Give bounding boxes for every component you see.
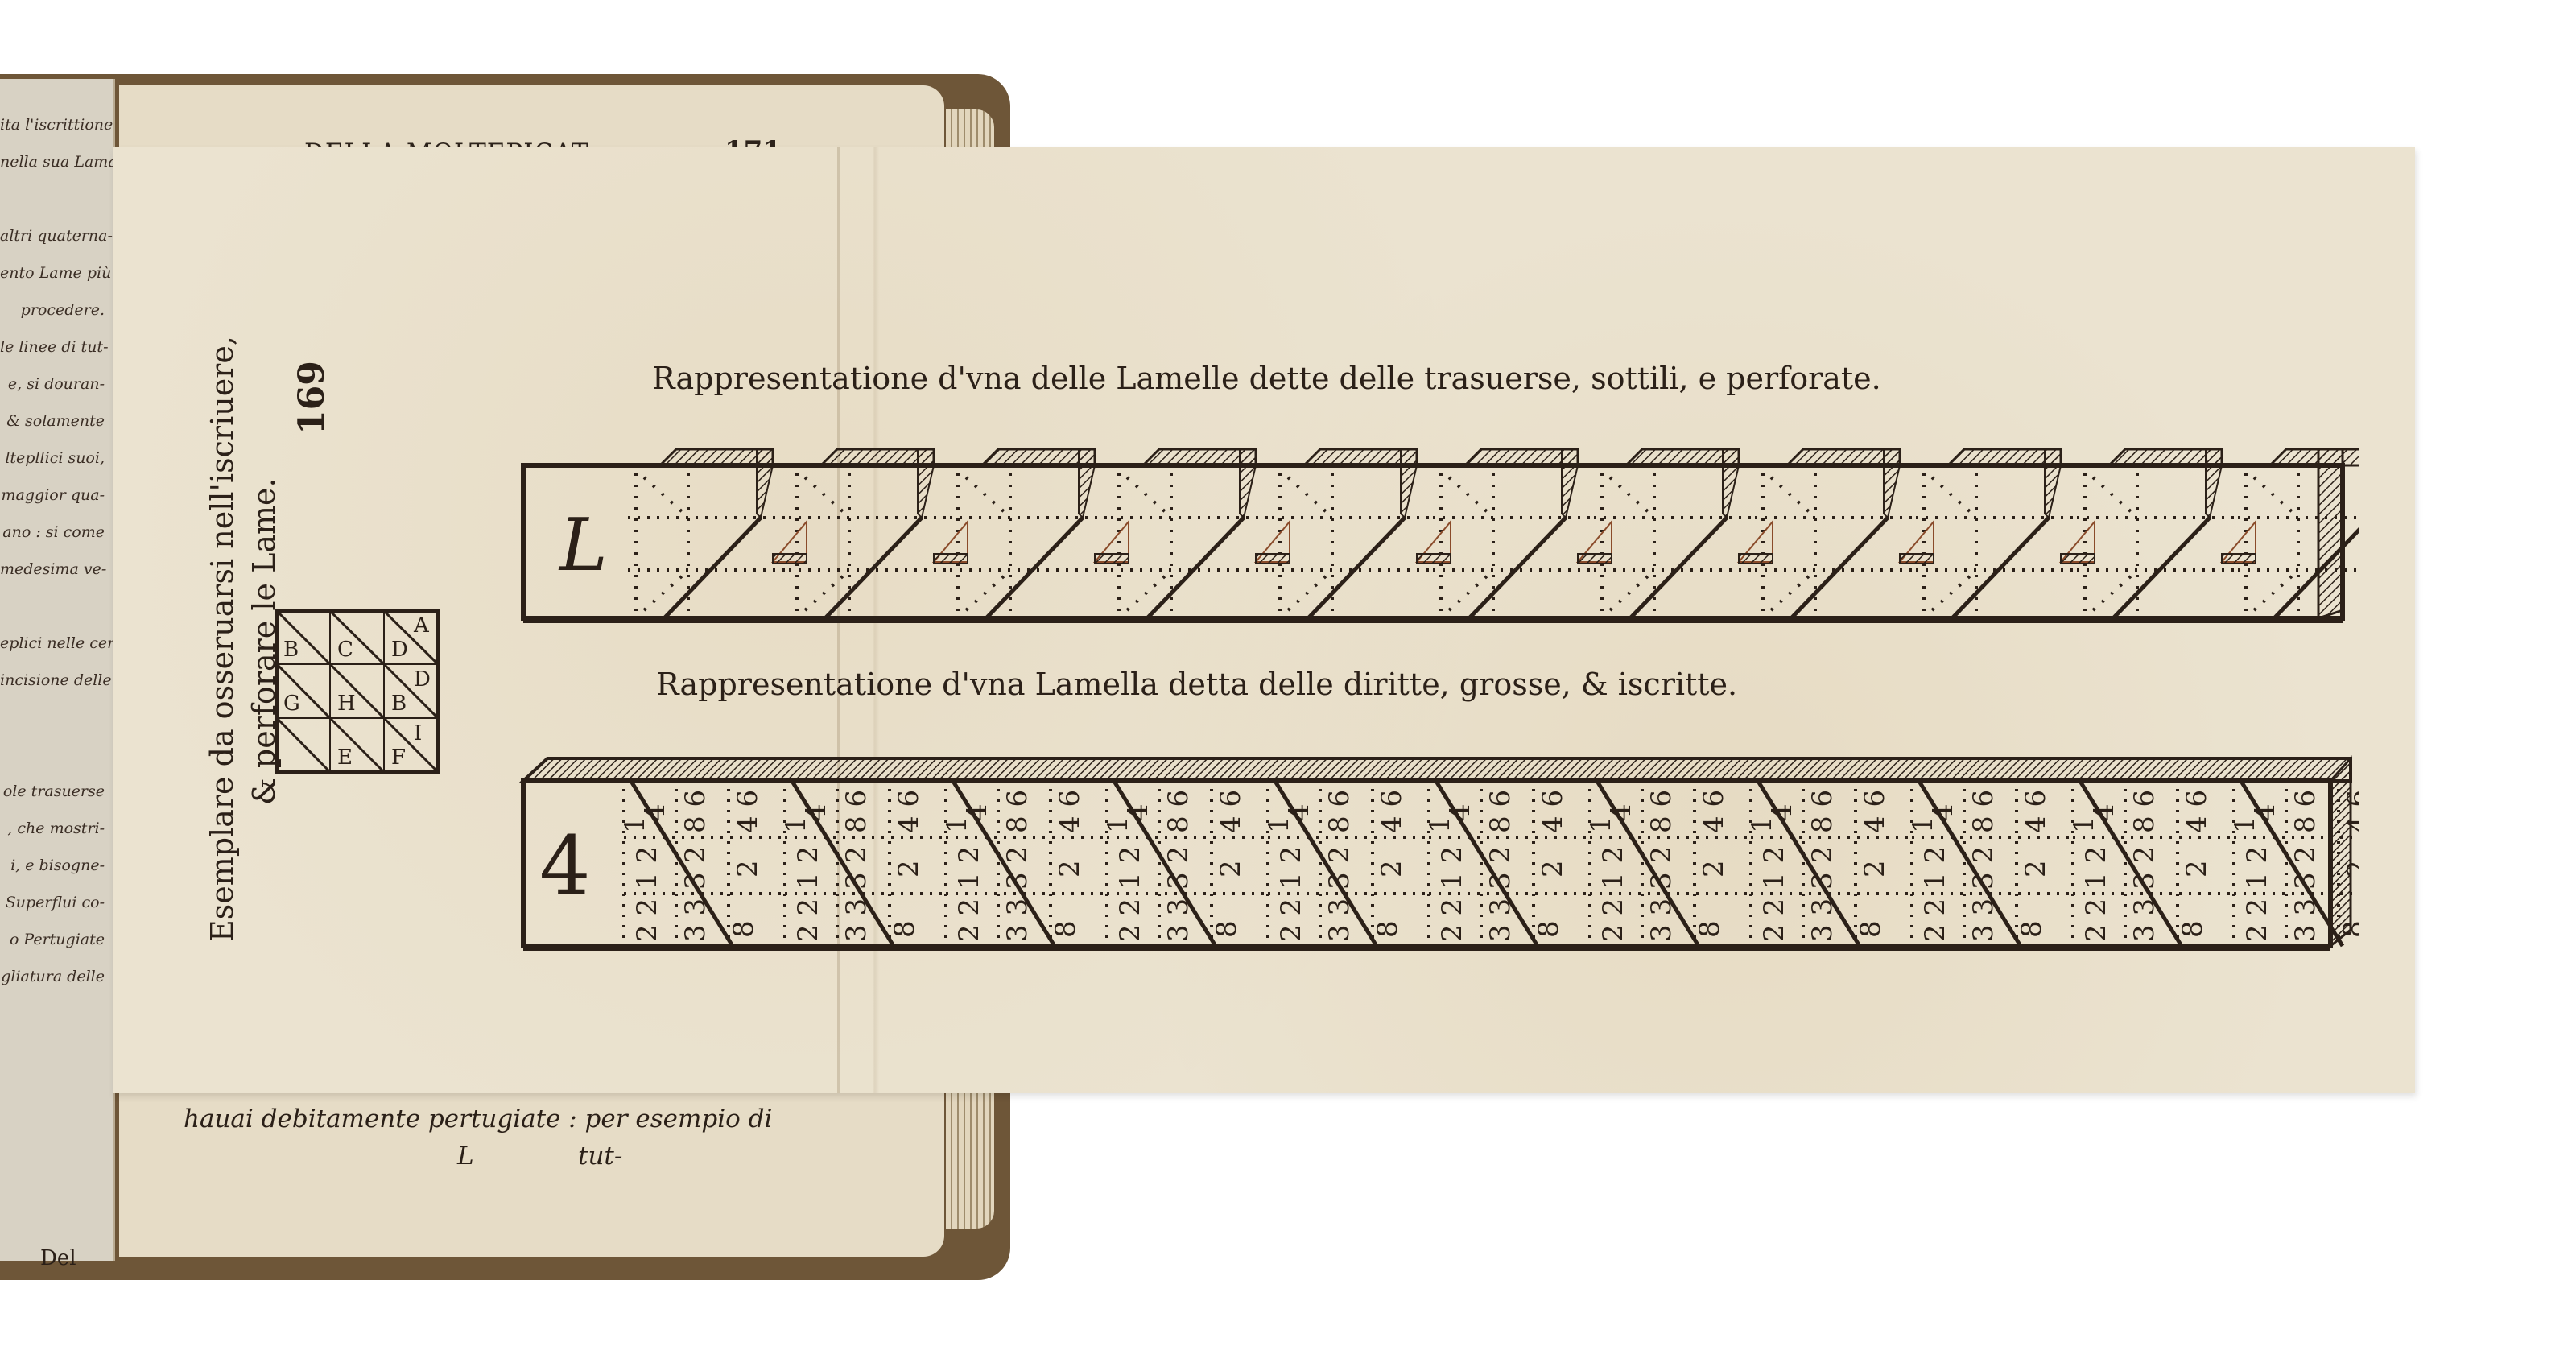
svg-text:3 2: 3 2 [1645, 846, 1678, 890]
left-page-line [0, 704, 113, 741]
svg-text:1 2: 1 2 [2080, 846, 2112, 890]
svg-text:4: 4 [961, 803, 993, 821]
perforation-key-grid: BCDAGHBDEFI [274, 608, 443, 777]
svg-text:8 6: 8 6 [2289, 790, 2322, 833]
svg-text:3 3: 3 3 [1323, 898, 1356, 942]
svg-text:4: 4 [1927, 803, 1959, 821]
left-page-line: ano : si come [0, 518, 113, 555]
svg-text:4: 4 [2249, 803, 2281, 821]
svg-text:1 2: 1 2 [1114, 846, 1146, 890]
left-page-line: le linee di tut- [0, 333, 113, 370]
left-page-line: gliatura delle [0, 963, 113, 1000]
left-page-line: & solamente [0, 407, 113, 444]
svg-text:1 2: 1 2 [1597, 846, 1629, 890]
left-page-line: nella sua Lama, [0, 148, 113, 185]
page-catchword: tut- [578, 1142, 622, 1171]
left-page-line: , che mostri- [0, 815, 113, 852]
svg-text:3 3: 3 3 [1162, 898, 1195, 942]
svg-text:8: 8 [1211, 920, 1243, 938]
svg-text:4: 4 [1444, 803, 1476, 821]
svg-text:3 2: 3 2 [840, 846, 873, 890]
svg-text:4: 4 [1283, 803, 1315, 821]
svg-text:4: 4 [1605, 803, 1637, 821]
svg-text:2 2: 2 2 [1436, 898, 1468, 942]
side-caption-line-1: Esemplare da osseruarsi nell'iscriuere, [201, 336, 243, 942]
svg-text:2: 2 [1376, 860, 1408, 878]
left-page-line: ole trasuerse [0, 778, 113, 815]
svg-text:1 2: 1 2 [1275, 846, 1307, 890]
left-page-line [0, 593, 113, 630]
svg-text:4: 4 [539, 819, 591, 913]
svg-text:4: 4 [2088, 803, 2120, 821]
svg-text:8: 8 [2016, 920, 2048, 938]
left-page-line: ltepllici suoi, [0, 444, 113, 481]
svg-text:1 2: 1 2 [1919, 846, 1951, 890]
left-page-line: i, e bisogne- [0, 852, 113, 889]
svg-text:B: B [391, 692, 407, 716]
svg-text:8 6: 8 6 [2128, 790, 2161, 833]
left-page-catchword: Del [40, 1246, 76, 1270]
left-page-line: altri quaterna- [0, 222, 113, 259]
left-page-line: e, si douran- [0, 370, 113, 407]
svg-text:8 6: 8 6 [840, 790, 873, 833]
svg-text:3 3: 3 3 [679, 898, 712, 942]
left-page-line: maggior qua- [0, 481, 113, 518]
svg-text:2 2: 2 2 [1758, 898, 1790, 942]
svg-text:8 6: 8 6 [1967, 790, 2000, 833]
lamella-straight-inscribed-diagram: 4148 64 61 23 222 23 38148 64 61 23 222 … [515, 749, 2359, 958]
svg-text:2: 2 [1698, 860, 1730, 878]
left-page-line: eplici nelle cen- [0, 630, 113, 667]
svg-text:2: 2 [1054, 860, 1086, 878]
svg-text:2 2: 2 2 [631, 898, 663, 942]
svg-text:4 6: 4 6 [732, 790, 764, 833]
svg-text:4: 4 [1122, 803, 1154, 821]
svg-text:4 6: 4 6 [2342, 790, 2359, 833]
svg-text:3 3: 3 3 [2289, 898, 2322, 942]
svg-text:3 2: 3 2 [1806, 846, 1839, 890]
svg-text:3 3: 3 3 [1967, 898, 2000, 942]
svg-text:2 2: 2 2 [2241, 898, 2273, 942]
svg-text:3 3: 3 3 [2128, 898, 2161, 942]
svg-text:H: H [337, 692, 356, 716]
svg-text:I: I [414, 721, 422, 745]
svg-text:4 6: 4 6 [1215, 790, 1247, 833]
left-page-line [0, 185, 113, 222]
svg-text:C: C [337, 638, 353, 662]
svg-text:F: F [391, 745, 406, 770]
svg-text:4 6: 4 6 [1054, 790, 1086, 833]
svg-text:2: 2 [1537, 860, 1569, 878]
page-body-text: hauai debitamente pertugiate : per esemp… [184, 1105, 772, 1134]
svg-text:3 2: 3 2 [1001, 846, 1034, 890]
left-page-line [0, 741, 113, 778]
svg-text:8: 8 [1050, 920, 1082, 938]
svg-text:2 2: 2 2 [1275, 898, 1307, 942]
svg-text:8 6: 8 6 [1001, 790, 1034, 833]
svg-text:4 6: 4 6 [1376, 790, 1408, 833]
svg-text:D: D [391, 638, 408, 662]
lamella-transverse-perforated-diagram: L [515, 441, 2359, 634]
svg-text:2 2: 2 2 [953, 898, 985, 942]
svg-text:3 2: 3 2 [1323, 846, 1356, 890]
left-page-line: procedere. [0, 296, 113, 333]
side-caption: Esemplare da osseruarsi nell'iscriuere, … [201, 336, 285, 942]
svg-text:4 6: 4 6 [1537, 790, 1569, 833]
lamella-1-caption: Rappresentatione d'vna delle Lamelle det… [652, 361, 1881, 396]
svg-text:2 2: 2 2 [2080, 898, 2112, 942]
svg-text:2: 2 [893, 860, 925, 878]
svg-text:3 2: 3 2 [1484, 846, 1517, 890]
svg-text:4: 4 [800, 803, 832, 821]
svg-text:G: G [283, 692, 300, 716]
svg-text:3 3: 3 3 [1645, 898, 1678, 942]
svg-text:2: 2 [1215, 860, 1247, 878]
left-page-line: ento Lame più [0, 259, 113, 296]
svg-text:8: 8 [889, 920, 921, 938]
svg-text:4: 4 [639, 803, 671, 821]
left-page-line: Superflui co- [0, 889, 113, 926]
svg-text:2 2: 2 2 [792, 898, 824, 942]
svg-text:B: B [283, 638, 299, 662]
plate-number: 169 [291, 361, 332, 435]
left-page: ita l'iscrittionenella sua Lama, altri q… [0, 79, 115, 1261]
svg-text:3 3: 3 3 [840, 898, 873, 942]
svg-text:3 3: 3 3 [1806, 898, 1839, 942]
svg-text:3 2: 3 2 [2289, 846, 2322, 890]
svg-text:4: 4 [1766, 803, 1798, 821]
svg-text:8: 8 [1372, 920, 1404, 938]
svg-text:2: 2 [2342, 860, 2359, 878]
svg-text:8: 8 [1855, 920, 1887, 938]
svg-text:2: 2 [1859, 860, 1891, 878]
svg-text:2: 2 [2020, 860, 2052, 878]
svg-text:8 6: 8 6 [1645, 790, 1678, 833]
svg-text:2 2: 2 2 [1114, 898, 1146, 942]
svg-text:4 6: 4 6 [2181, 790, 2213, 833]
svg-text:8 6: 8 6 [1162, 790, 1195, 833]
svg-text:D: D [414, 667, 431, 692]
svg-text:8: 8 [1533, 920, 1565, 938]
svg-text:2 2: 2 2 [1597, 898, 1629, 942]
left-page-line: incisione delle [0, 667, 113, 704]
svg-text:4 6: 4 6 [1859, 790, 1891, 833]
svg-text:4 6: 4 6 [2020, 790, 2052, 833]
svg-text:8: 8 [2338, 920, 2359, 938]
svg-text:2: 2 [2181, 860, 2213, 878]
svg-text:1 2: 1 2 [792, 846, 824, 890]
svg-text:3 2: 3 2 [679, 846, 712, 890]
left-page-line: medesima ve- [0, 555, 113, 593]
svg-text:3 3: 3 3 [1484, 898, 1517, 942]
svg-text:E: E [337, 745, 353, 770]
svg-text:8 6: 8 6 [1323, 790, 1356, 833]
svg-text:3 2: 3 2 [2128, 846, 2161, 890]
svg-text:4 6: 4 6 [1698, 790, 1730, 833]
svg-text:8: 8 [2177, 920, 2209, 938]
svg-text:1 2: 1 2 [953, 846, 985, 890]
svg-text:L: L [558, 503, 608, 588]
svg-text:8: 8 [728, 920, 760, 938]
left-page-line: ita l'iscrittione [0, 111, 113, 148]
svg-text:8 6: 8 6 [1484, 790, 1517, 833]
svg-text:1 2: 1 2 [1758, 846, 1790, 890]
svg-text:3 3: 3 3 [1001, 898, 1034, 942]
page-body-letter: L [457, 1142, 474, 1171]
lamella-2-caption: Rappresentatione d'vna Lamella detta del… [656, 667, 1737, 702]
svg-text:4 6: 4 6 [893, 790, 925, 833]
svg-text:2 2: 2 2 [1919, 898, 1951, 942]
left-page-text: ita l'iscrittionenella sua Lama, altri q… [0, 111, 113, 1000]
svg-text:1 2: 1 2 [2241, 846, 2273, 890]
svg-text:3 2: 3 2 [1967, 846, 2000, 890]
svg-text:2: 2 [732, 860, 764, 878]
svg-text:1 2: 1 2 [631, 846, 663, 890]
svg-text:3 2: 3 2 [1162, 846, 1195, 890]
svg-text:8: 8 [1694, 920, 1726, 938]
svg-text:8 6: 8 6 [679, 790, 712, 833]
left-page-line: o Pertugiate [0, 926, 113, 963]
svg-text:8 6: 8 6 [1806, 790, 1839, 833]
svg-text:A: A [413, 613, 430, 638]
svg-text:1 2: 1 2 [1436, 846, 1468, 890]
